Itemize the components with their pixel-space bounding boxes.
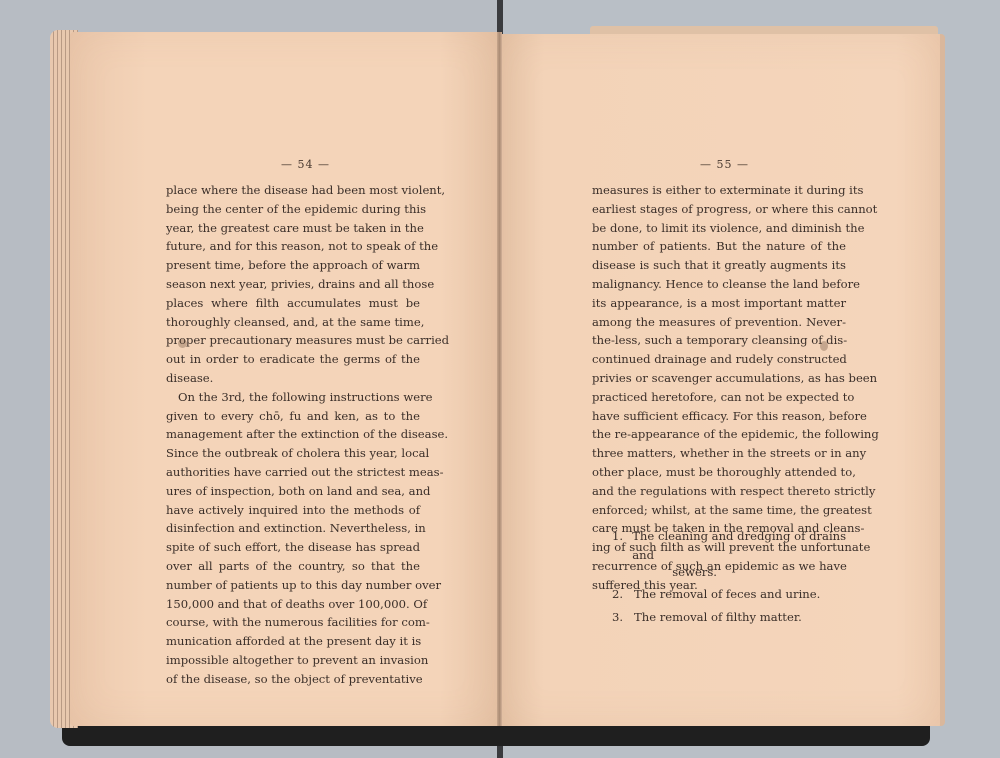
page-stain: [820, 341, 828, 351]
left-page-number: — 54 —: [281, 158, 330, 171]
text-line: number of patients. But the nature of th…: [592, 237, 846, 256]
list-text: The removal of feces and urine.: [634, 585, 820, 604]
list-text: The removal of filthy matter.: [634, 608, 802, 627]
text-line: earliest stages of progress, or where th…: [592, 200, 846, 219]
text-line: privies or scavenger accumulations, as h…: [592, 369, 846, 388]
text-line: over all parts of the country, so that t…: [166, 557, 420, 576]
text-line: have actively inquired into the methods …: [166, 501, 420, 520]
list-item: 1.The cleaning and dredging of drains an…: [612, 527, 852, 581]
text-line: present time, before the approach of war…: [166, 256, 420, 275]
text-line: impossible altogether to prevent an inva…: [166, 651, 420, 670]
text-line: spite of such effort, the disease has sp…: [166, 538, 420, 557]
text-line: among the measures of prevention. Never-: [592, 313, 846, 332]
text-line: other place, must be thoroughly attended…: [592, 463, 846, 482]
text-line: out in order to eradicate the germs of t…: [166, 350, 420, 369]
text-line: its appearance, is a most important matt…: [592, 294, 846, 313]
list-item: 3.The removal of filthy matter.: [612, 608, 852, 627]
list-text: The cleaning and dredging of drains ands…: [632, 527, 852, 581]
text-line: Since the outbreak of cholera this year,…: [166, 444, 420, 463]
text-line: place where the disease had been most vi…: [166, 181, 420, 200]
text-line: year, the greatest care must be taken in…: [166, 219, 420, 238]
text-line: disinfection and extinction. Nevertheles…: [166, 519, 420, 538]
page-stain: [178, 339, 187, 348]
list-number: 1.: [612, 527, 632, 581]
text-line: 150,000 and that of deaths over 100,000.…: [166, 595, 420, 614]
text-line: of the disease, so the object of prevent…: [166, 670, 420, 689]
text-line: management after the extinction of the d…: [166, 425, 420, 444]
text-line: and the regulations with respect thereto…: [592, 482, 846, 501]
text-line: have sufficient efficacy. For this reaso…: [592, 407, 846, 426]
text-line: practiced heretofore, can not be expecte…: [592, 388, 846, 407]
text-line: number of patients up to this day number…: [166, 576, 420, 595]
text-line: On the 3rd, the following instructions w…: [166, 388, 420, 407]
text-line: ures of inspection, both on land and sea…: [166, 482, 420, 501]
left-page-body: place where the disease had been most vi…: [166, 181, 420, 689]
text-line: enforced; whilst, at the same time, the …: [592, 501, 846, 520]
text-line: disease.: [166, 369, 420, 388]
text-line: the re-appearance of the epidemic, the f…: [592, 425, 846, 444]
book-gutter: [497, 32, 502, 726]
text-line: three matters, whether in the streets or…: [592, 444, 846, 463]
list-number: 2.: [612, 585, 634, 604]
text-line: future, and for this reason, not to spea…: [166, 237, 420, 256]
text-line: the-less, such a temporary cleansing of …: [592, 331, 846, 350]
text-line: malignancy. Hence to cleanse the land be…: [592, 275, 846, 294]
text-line: munication afforded at the present day i…: [166, 632, 420, 651]
text-line: disease is such that it greatly augments…: [592, 256, 846, 275]
text-line: places where filth accumulates must be: [166, 294, 420, 313]
text-line: proper precautionary measures must be ca…: [166, 331, 420, 350]
right-page-number: — 55 —: [700, 158, 749, 171]
text-line: be done, to limit its violence, and dimi…: [592, 219, 846, 238]
list-number: 3.: [612, 608, 634, 627]
text-line: given to every chō, fu and ken, as to th…: [166, 407, 420, 426]
text-line: continued drainage and rudely constructe…: [592, 350, 846, 369]
text-line: thoroughly cleansed, and, at the same ti…: [166, 313, 420, 332]
list-item: 2.The removal of feces and urine.: [612, 585, 852, 604]
list-text-continuation: sewers.: [632, 563, 852, 582]
page-edges-top-right: [590, 26, 938, 34]
text-line: course, with the numerous facilities for…: [166, 613, 420, 632]
text-line: measures is either to exterminate it dur…: [592, 181, 846, 200]
right-page-list: 1.The cleaning and dredging of drains an…: [612, 527, 852, 631]
text-line: season next year, privies, drains and al…: [166, 275, 420, 294]
text-line: being the center of the epidemic during …: [166, 200, 420, 219]
text-line: authorities have carried out the stricte…: [166, 463, 420, 482]
